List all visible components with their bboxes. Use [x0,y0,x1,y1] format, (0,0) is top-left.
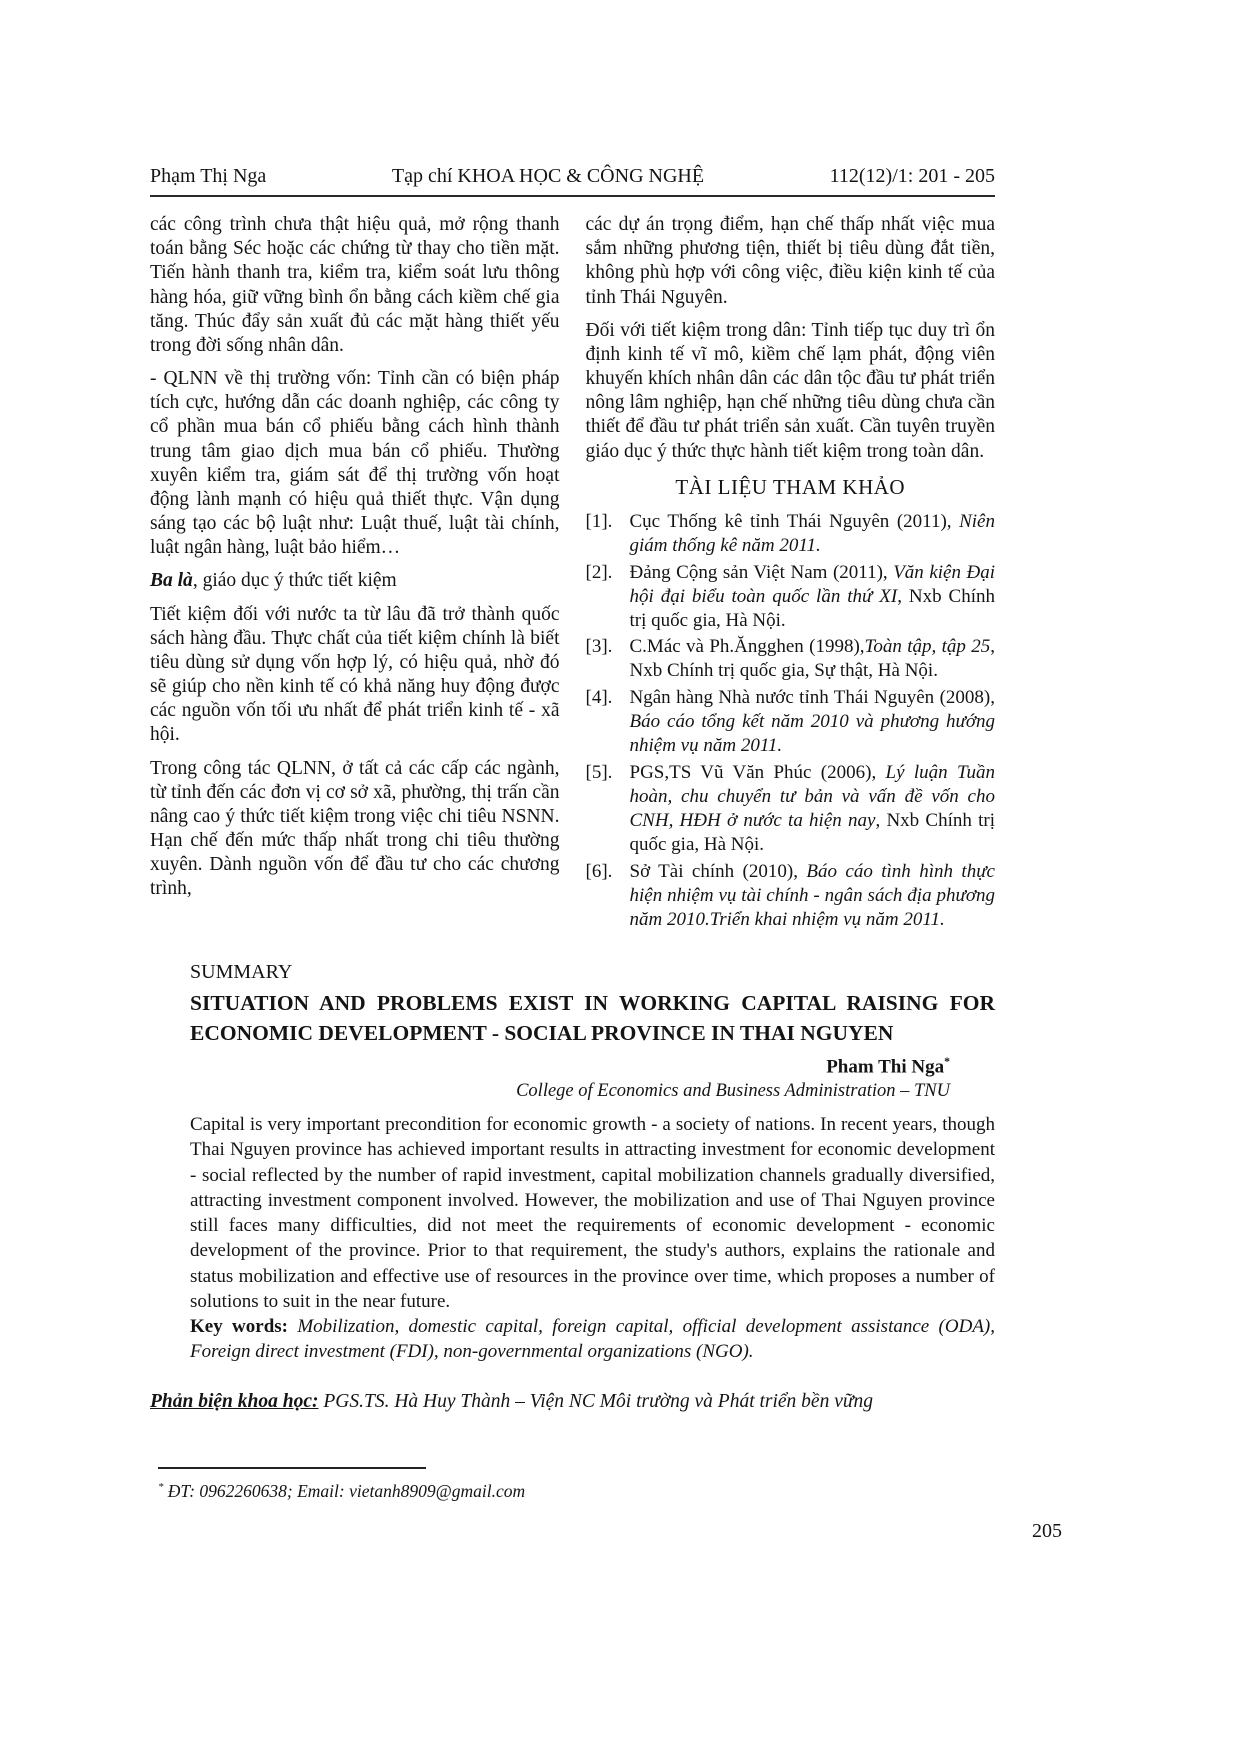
references-heading: TÀI LIỆU THAM KHẢO [586,474,996,500]
reference-number: [6]. [586,860,630,932]
keywords-text: Mobilization, domestic capital, foreign … [190,1316,995,1362]
reference-number: [1]. [586,510,630,558]
footnote-divider [158,1467,426,1469]
page-number: 205 [1032,1520,1062,1543]
summary-title: SITUATION AND PROBLEMS EXIST IN WORKING … [190,988,995,1048]
paper-page: Phạm Thị Nga Tạp chí KHOA HỌC & CÔNG NGH… [0,0,1239,1754]
body-columns: các công trình chưa thật hiệu quả, mở rộ… [150,213,995,943]
reference-text: PGS,TS Vũ Văn Phúc (2006), Lý luận Tuần … [630,761,996,857]
paragraph: Tiết kiệm đối với nước ta từ lâu đã trở … [150,603,560,748]
paragraph: Đối với tiết kiệm trong dân: Tỉnh tiếp t… [586,319,996,464]
paragraph: các dự án trọng điểm, hạn chế thấp nhất … [586,213,996,310]
reference-item: [5]. PGS,TS Vũ Văn Phúc (2006), Lý luận … [586,761,996,857]
page-header: Phạm Thị Nga Tạp chí KHOA HỌC & CÔNG NGH… [150,165,995,195]
paragraph: Trong công tác QLNN, ở tất cả các cấp cá… [150,757,560,902]
paragraph: - QLNN về thị trường vốn: Tỉnh cần có bi… [150,367,560,560]
reference-number: [5]. [586,761,630,857]
review-label: Phản biện khoa học: [150,1391,318,1412]
footnote: * ĐT: 0962260638; Email: vietanh8909@gma… [158,1481,995,1502]
reference-item: [2]. Đảng Cộng sản Việt Nam (2011), Văn … [586,561,996,633]
reference-text: Đảng Cộng sản Việt Nam (2011), Văn kiện … [630,561,996,633]
reference-item: [6]. Sở Tài chính (2010), Báo cáo tình h… [586,860,996,932]
right-column: các dự án trọng điểm, hạn chế thấp nhất … [586,213,996,943]
reference-text: Cục Thống kê tỉnh Thái Nguyên (2011), Ni… [630,510,996,558]
scientific-review-line: Phản biện khoa học: PGS.TS. Hà Huy Thành… [150,1391,995,1413]
paragraph: các công trình chưa thật hiệu quả, mở rộ… [150,213,560,358]
author-footnote-mark: * [944,1055,950,1068]
reference-number: [4]. [586,686,630,758]
header-divider [150,195,995,197]
summary-author: Pham Thi Nga* [190,1054,995,1080]
reference-text: Sở Tài chính (2010), Báo cáo tình hình t… [630,860,996,932]
abstract-text: Capital is very important precondition f… [190,1112,995,1314]
header-author: Phạm Thị Nga [150,165,266,188]
keywords-label: Key words: [190,1316,288,1337]
footnote-text: ĐT: 0962260638; Email: vietanh8909@gmail… [163,1481,525,1501]
reference-number: [2]. [586,561,630,633]
reference-item: [3]. C.Mác và Ph.Ăngghen (1998),Toàn tập… [586,635,996,683]
reference-text: Ngân hàng Nhà nước tỉnh Thái Nguyên (200… [630,686,996,758]
paragraph-lead: Ba là [150,570,193,591]
left-column: các công trình chưa thật hiệu quả, mở rộ… [150,213,560,943]
keywords-line: Key words: Mobilization, domestic capita… [190,1314,995,1365]
reference-item: [4]. Ngân hàng Nhà nước tỉnh Thái Nguyên… [586,686,996,758]
paragraph-heading-ba-la: Ba là, giáo dục ý thức tiết kiệm [150,569,560,593]
review-text: PGS.TS. Hà Huy Thành – Viện NC Môi trườn… [318,1391,873,1412]
reference-item: [1]. Cục Thống kê tỉnh Thái Nguyên (2011… [586,510,996,558]
header-issue-info: 112(12)/1: 201 - 205 [830,165,995,188]
paragraph-lead-rest: , giáo dục ý thức tiết kiệm [193,570,397,591]
summary-affiliation: College of Economics and Business Admini… [190,1079,995,1104]
reference-text: C.Mác và Ph.Ăngghen (1998),Toàn tập, tập… [630,635,996,683]
summary-label: SUMMARY [190,959,995,986]
reference-number: [3]. [586,635,630,683]
summary-section: SUMMARY SITUATION AND PROBLEMS EXIST IN … [150,959,995,1365]
header-journal-title: Tạp chí KHOA HỌC & CÔNG NGHỆ [392,165,704,188]
